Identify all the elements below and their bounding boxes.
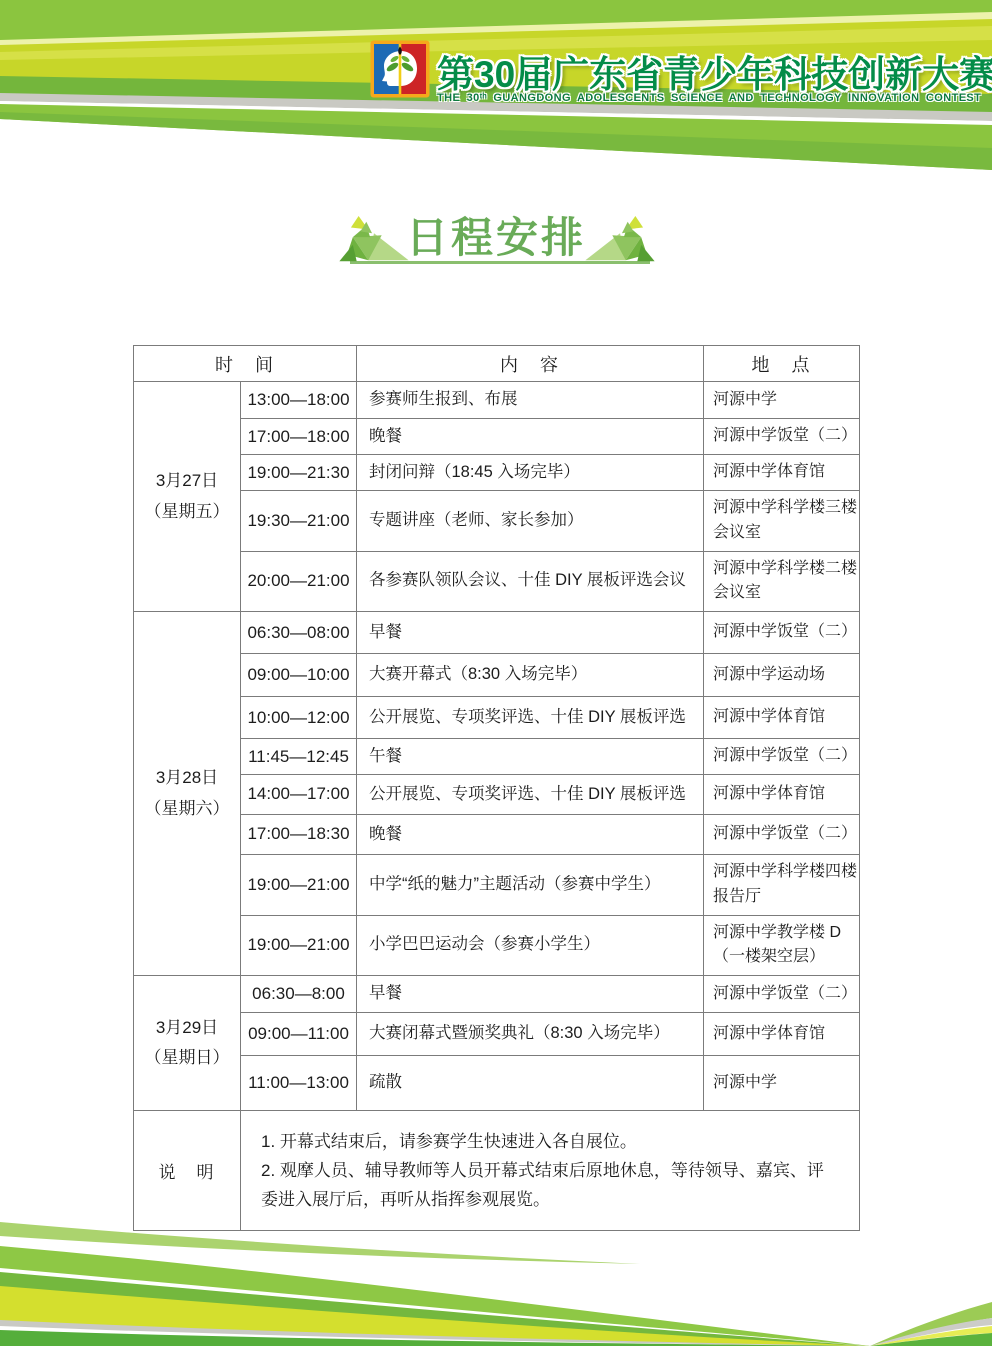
table-row: 19:00—21:30封闭问辩（18:45 入场完毕）河源中学体育馆 — [134, 455, 860, 491]
date-cell: 3月27日（星期五） — [134, 382, 241, 612]
column-header-time: 时 间 — [134, 346, 357, 382]
content-cell: 晚餐 — [357, 419, 704, 455]
content-cell: 公开展览、专项奖评选、十佳 DIY 展板评选 — [357, 697, 704, 739]
time-cell: 06:30—8:00 — [241, 976, 357, 1013]
date-cell: 3月29日（星期日） — [134, 976, 241, 1111]
time-cell: 19:00—21:00 — [241, 854, 357, 915]
table-header-row: 时 间 内 容 地 点 — [134, 346, 860, 382]
time-cell: 10:00—12:00 — [241, 697, 357, 739]
time-cell: 09:00—10:00 — [241, 654, 357, 697]
time-cell: 06:30—08:00 — [241, 612, 357, 654]
weekday-label: （星期五） — [135, 497, 239, 528]
time-cell: 13:00—18:00 — [241, 382, 357, 419]
table-row: 19:00—21:00小学巴巴运动会（参赛小学生）河源中学教学楼 D（一楼架空层… — [134, 915, 860, 976]
location-cell: 河源中学饭堂（二） — [704, 814, 860, 854]
date-label: 3月27日 — [135, 466, 239, 497]
schedule-section: 时 间 内 容 地 点 3月27日（星期五）13:00—18:00参赛师生报到、… — [133, 345, 860, 1231]
content-cell: 封闭问辩（18:45 入场完毕） — [357, 455, 704, 491]
table-row: 17:00—18:30晚餐河源中学饭堂（二） — [134, 814, 860, 854]
note-line: 1. 开幕式结束后，请参赛学生快速进入各自展位。 — [261, 1127, 839, 1156]
time-cell: 19:00—21:00 — [241, 915, 357, 976]
date-label: 3月28日 — [135, 763, 239, 794]
table-row: 3月29日（星期日）06:30—8:00早餐河源中学饭堂（二） — [134, 976, 860, 1013]
content-cell: 专题讲座（老师、家长参加） — [357, 491, 704, 552]
location-cell: 河源中学 — [704, 382, 860, 419]
content-cell: 大赛闭幕式暨颁奖典礼（8:30 入场完毕） — [357, 1013, 704, 1056]
date-cell: 3月28日（星期六） — [134, 612, 241, 976]
weekday-label: （星期六） — [135, 794, 239, 825]
section-title-block: 日程安排 — [0, 212, 992, 272]
location-cell: 河源中学饭堂（二） — [704, 419, 860, 455]
time-cell: 19:00—21:30 — [241, 455, 357, 491]
column-header-location: 地 点 — [704, 346, 860, 382]
location-cell: 河源中学体育馆 — [704, 697, 860, 739]
content-cell: 参赛师生报到、布展 — [357, 382, 704, 419]
location-cell: 河源中学科学楼三楼会议室 — [704, 491, 860, 552]
table-row: 09:00—11:00大赛闭幕式暨颁奖典礼（8:30 入场完毕）河源中学体育馆 — [134, 1013, 860, 1056]
location-cell: 河源中学运动场 — [704, 654, 860, 697]
page-footer — [0, 1176, 992, 1346]
page-header: 第30届广东省青少年科技创新大赛 THE 30ᵗʰ GUANGDONG ADOL… — [0, 0, 992, 180]
time-cell: 17:00—18:00 — [241, 419, 357, 455]
time-cell: 19:30—21:00 — [241, 491, 357, 552]
location-cell: 河源中学饭堂（二） — [704, 976, 860, 1013]
table-row: 17:00—18:00晚餐河源中学饭堂（二） — [134, 419, 860, 455]
time-cell: 14:00—17:00 — [241, 774, 357, 814]
time-cell: 20:00—21:00 — [241, 551, 357, 612]
content-cell: 晚餐 — [357, 814, 704, 854]
section-title: 日程安排 — [0, 212, 992, 264]
location-cell: 河源中学体育馆 — [704, 774, 860, 814]
content-cell: 早餐 — [357, 612, 704, 654]
content-cell: 午餐 — [357, 739, 704, 775]
table-row: 20:00—21:00各参赛队领队会议、十佳 DIY 展板评选会议河源中学科学楼… — [134, 551, 860, 612]
content-cell: 疏散 — [357, 1056, 704, 1111]
weekday-label: （星期日） — [135, 1043, 239, 1074]
column-header-content: 内 容 — [357, 346, 704, 382]
origami-bird-right-icon — [584, 216, 656, 266]
content-cell: 早餐 — [357, 976, 704, 1013]
schedule-table-body: 3月27日（星期五）13:00—18:00参赛师生报到、布展河源中学17:00—… — [134, 382, 860, 1231]
date-label: 3月29日 — [135, 1013, 239, 1044]
location-cell: 河源中学饭堂（二） — [704, 739, 860, 775]
location-cell: 河源中学体育馆 — [704, 455, 860, 491]
schedule-table: 时 间 内 容 地 点 3月27日（星期五）13:00—18:00参赛师生报到、… — [133, 345, 860, 1231]
location-cell: 河源中学教学楼 D（一楼架空层） — [704, 915, 860, 976]
contest-subtitle: THE 30ᵗʰ GUANGDONG ADOLESCENTS SCIENCE A… — [437, 92, 977, 104]
location-cell: 河源中学体育馆 — [704, 1013, 860, 1056]
table-row: 19:00—21:00中学“纸的魅力”主题活动（参赛中学生）河源中学科学楼四楼报… — [134, 854, 860, 915]
table-row: 3月28日（星期六）06:30—08:00早餐河源中学饭堂（二） — [134, 612, 860, 654]
table-row: 3月27日（星期五）13:00—18:00参赛师生报到、布展河源中学 — [134, 382, 860, 419]
content-cell: 中学“纸的魅力”主题活动（参赛中学生） — [357, 854, 704, 915]
content-cell: 小学巴巴运动会（参赛小学生） — [357, 915, 704, 976]
content-cell: 公开展览、专项奖评选、十佳 DIY 展板评选 — [357, 774, 704, 814]
contest-logo — [370, 40, 430, 98]
table-row: 14:00—17:00公开展览、专项奖评选、十佳 DIY 展板评选河源中学体育馆 — [134, 774, 860, 814]
page: { "header": { "title": "第30届广东省青少年科技创新大赛… — [0, 0, 992, 1346]
time-cell: 11:45—12:45 — [241, 739, 357, 775]
location-cell: 河源中学 — [704, 1056, 860, 1111]
footer-decoration — [0, 1176, 992, 1346]
table-row: 11:00—13:00疏散河源中学 — [134, 1056, 860, 1111]
time-cell: 17:00—18:30 — [241, 814, 357, 854]
time-cell: 11:00—13:00 — [241, 1056, 357, 1111]
location-cell: 河源中学科学楼二楼会议室 — [704, 551, 860, 612]
table-row: 11:45—12:45午餐河源中学饭堂（二） — [134, 739, 860, 775]
brain-sprout-logo-icon — [370, 40, 430, 98]
content-cell: 各参赛队领队会议、十佳 DIY 展板评选会议 — [357, 551, 704, 612]
location-cell: 河源中学科学楼四楼报告厅 — [704, 854, 860, 915]
content-cell: 大赛开幕式（8:30 入场完毕） — [357, 654, 704, 697]
table-row: 19:30—21:00专题讲座（老师、家长参加）河源中学科学楼三楼会议室 — [134, 491, 860, 552]
time-cell: 09:00—11:00 — [241, 1013, 357, 1056]
table-row: 10:00—12:00公开展览、专项奖评选、十佳 DIY 展板评选河源中学体育馆 — [134, 697, 860, 739]
contest-title: 第30届广东省青少年科技创新大赛 — [437, 44, 977, 98]
location-cell: 河源中学饭堂（二） — [704, 612, 860, 654]
table-row: 09:00—10:00大赛开幕式（8:30 入场完毕）河源中学运动场 — [134, 654, 860, 697]
